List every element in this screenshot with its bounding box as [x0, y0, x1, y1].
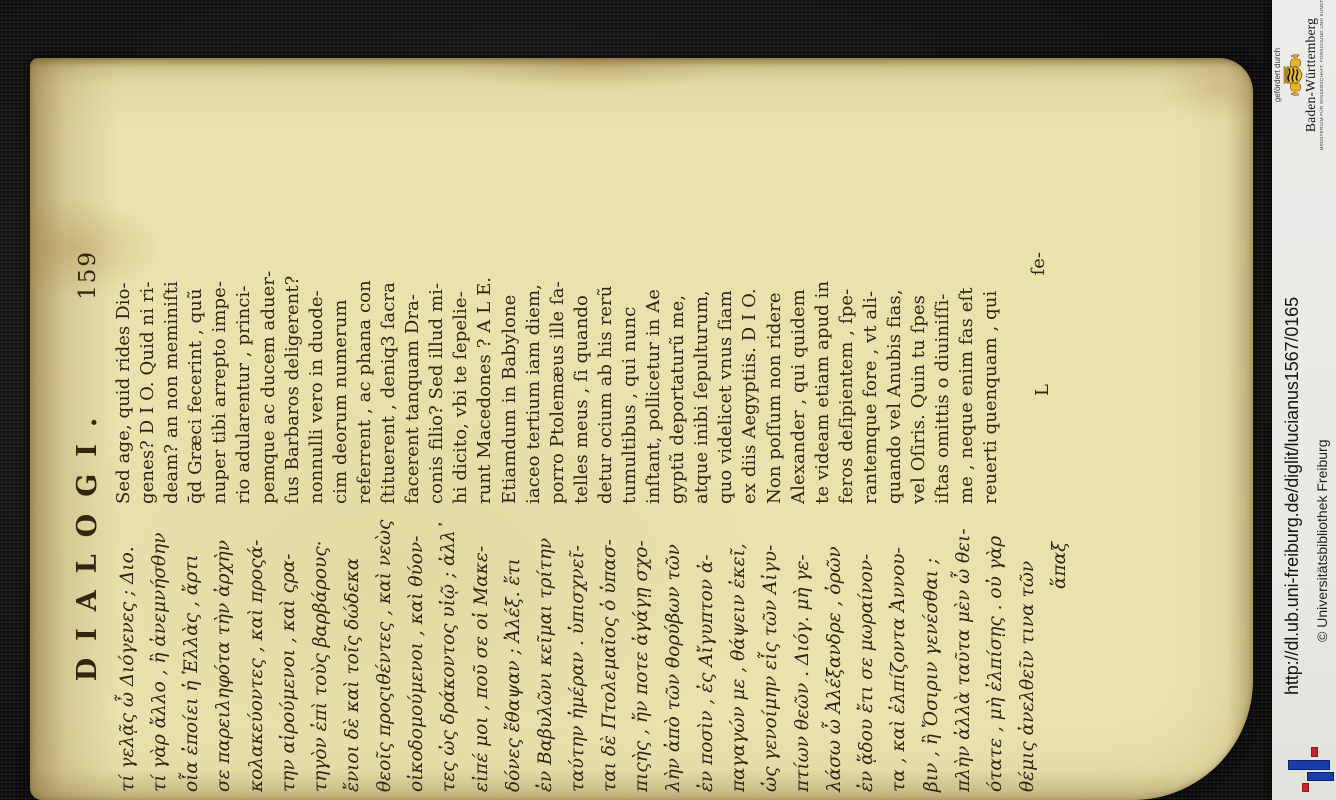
gathering-signature: L	[1032, 384, 1053, 396]
greek-text-line: ἐν Βαβυλῶνι κεῖμαι τρίτην	[530, 514, 562, 792]
latin-text-line: telles meus , ſi quando	[570, 250, 594, 504]
latin-text-line: pemque ac ducem aduer-	[257, 250, 281, 504]
greek-text-line: ταύτην ἡμέραν . ὑπισχνεῖ-	[562, 514, 594, 792]
latin-text-line: porro Ptolemæus ille ſa-	[546, 250, 570, 504]
greek-text-line: οἷα ἐποίει ἡ Ἑλλὰς , ἄρτι	[176, 514, 208, 792]
latin-text-line: detur ocium ab his rerũ	[594, 250, 618, 504]
latin-text-line: rantemque fore , vt ali-	[859, 250, 883, 504]
greek-text-line: ότατε , μὴ ἐλπίσῃς . οὐ γὰρ	[980, 514, 1012, 792]
latin-text-line: facerent tanquam Dra-	[401, 250, 425, 504]
page-text-block: DIALOGI. 159 τί γελᾷς ὦ Διόγενες ; Διο.τ…	[72, 250, 1087, 792]
latin-text-line: gyptũ deportaturũ me,	[666, 250, 690, 504]
greek-text-line: τες ὡς δράκοντος υἱῷ ; ἀλλ᾽	[433, 514, 465, 792]
latin-text-line: ex diis Aegyptiis. D I O.	[738, 250, 762, 504]
rotated-page-content: DIALOGI. 159 τί γελᾷς ὦ Διόγενες ; Διο.τ…	[30, 58, 1253, 800]
greek-text-line: λὴν ἀπὸ τῶν θορύβων τῶν	[658, 514, 690, 792]
latin-text-line: hi dicito, vbi te ſepelie-	[449, 250, 473, 504]
page-title: DIALOGI.	[72, 290, 103, 792]
page-number: 159	[75, 250, 101, 300]
greek-text-line: ἔνιοι δὲ καὶ τοῖς δώδεκα	[337, 514, 369, 792]
page-header: DIALOGI. 159	[72, 250, 108, 792]
latin-text-line: Alexander , qui quidem	[787, 250, 811, 504]
latin-text-line: quando vel Anubis fias,	[883, 250, 907, 504]
latin-text-line: genes? D I O. Quid ni ri-	[136, 250, 160, 504]
greek-text-line: πιςὴς , ἤν ποτε ἀγάγῃ σχο-	[626, 514, 658, 792]
greek-text-line: πλὴν ἀλλὰ ταῦτα μὲν ὦ θει-	[948, 514, 980, 792]
source-url: http://dl.ub.uni-freiburg.de/diglit/luci…	[1282, 235, 1303, 695]
latin-text-line: cim deorum numerum	[329, 250, 353, 504]
greek-text-line: πτίων θεῶν . Διόγ. μὴ γε-	[787, 514, 819, 792]
greek-text-line: ὡς γενοίμην εἷς τῶν Αἰγυ-	[755, 514, 787, 792]
scan-background: DIALOGI. 159 τί γελᾷς ὦ Διόγενες ; Διο.τ…	[0, 0, 1336, 800]
latin-text-line: vel Oſiris. Quin tu ſpes	[907, 250, 931, 504]
greek-text-line: οἰκοδομούμενοι , καὶ θύον-	[401, 514, 433, 792]
greek-text-line: θεοῖς προςιθέντες , καὶ νεὼς	[369, 514, 401, 792]
greek-text-line: ται δὲ Πτολεμαῖος ὁ ὑπασ-	[594, 514, 626, 792]
latin-text-line: inſtant, pollicetur in Ae	[642, 250, 666, 504]
latin-text-line: iaceo tertium iam diem,	[522, 250, 546, 504]
book-page: DIALOGI. 159 τί γελᾷς ὦ Διόγενες ; Διο.τ…	[30, 58, 1253, 800]
logo-blue-bar-long	[1288, 760, 1330, 770]
greek-column: τί γελᾷς ὦ Διόγενες ; Διο.τί γὰρ ἄλλο , …	[112, 514, 1076, 792]
latin-text-line: rio adularentur , princi-	[232, 250, 256, 504]
greek-text-line: τηγὸν ἐπὶ τοὺς βαρβάρους·	[305, 514, 337, 792]
latin-text-line: me , neque enim fas eſt	[955, 250, 979, 504]
ub-freiburg-logo-icon	[1288, 742, 1334, 792]
scan-margin-strip: http://dl.ub.uni-freiburg.de/diglit/luci…	[1272, 0, 1336, 800]
funding-label: gefördert durch	[1273, 48, 1282, 102]
logo-red-block-top	[1311, 747, 1318, 757]
latin-text-line: deam? an non meminiſti	[160, 250, 184, 504]
latin-text-line: Non poſſum non ridere	[763, 250, 787, 504]
greek-text-line: ἐν ᾅδου ἔτι σε μωραίνον-	[851, 514, 883, 792]
greek-text-line: παγαγών με , θάψειν ἐκεῖ,	[723, 514, 755, 792]
latin-text-line: ſus Barbaros deligerent?	[281, 250, 305, 504]
logo-blue-bar-short	[1307, 772, 1334, 781]
greek-text-line: τα , καὶ ἐλπίζοντα Ἀννου-	[883, 514, 915, 792]
copyright-notice: © Universitätsbibliothek Freiburg	[1314, 342, 1330, 642]
latin-text-line: reuerti quenquam , qui	[979, 250, 1003, 504]
latin-text-line: Sed age, quid rides Dio-	[112, 250, 136, 504]
signature-row: L ſe-	[1032, 250, 1058, 504]
latin-text-line: conis filio? Sed illud mi-	[425, 250, 449, 504]
latin-text-line: q̄d Græci fecerint , quũ	[184, 250, 208, 504]
greek-text-line: δόνες ἔθαψαν ; Ἀλέξ. ἔτι	[498, 514, 530, 792]
latin-text-line: Etiamdum in Babylone	[498, 250, 522, 504]
greek-text-line: εἰπέ μοι , ποῦ σε οἱ Μακε-	[466, 514, 498, 792]
greek-text-line: θέμις ἀνελθεῖν τινα τῶν	[1012, 514, 1044, 792]
greek-text-line: σε παρειληφότα τὴν ἀρχὴν	[208, 514, 240, 792]
latin-text-line: nonnulli vero in duode-	[305, 250, 329, 504]
funding-region-name: Baden-Württemberg	[1303, 18, 1319, 132]
funding-logo-block: gefördert durch Baden-Württemberg MINIST…	[1273, 2, 1335, 148]
latin-text-line: quo videlicet vnus ſiam	[714, 250, 738, 504]
greek-text-line: κολακεύοντες , καὶ προςά-	[241, 514, 273, 792]
latin-text-line: tumultibus , qui nunc	[618, 250, 642, 504]
latin-text-line: runt Macedones ? A L E.	[473, 250, 497, 504]
latin-text-line: feros deſipientem , ſpe-	[835, 250, 859, 504]
greek-text-line: ἅπαξ	[1044, 514, 1076, 792]
latin-text-line: referrent , ac phana con	[353, 250, 377, 504]
greek-text-line: την αἱρούμενοι , καὶ ςρα-	[273, 514, 305, 792]
greek-text-line: τί γελᾷς ὦ Διόγενες ; Διο.	[112, 514, 144, 792]
latin-text-line: nuper tibi arrepto impe-	[208, 250, 232, 504]
greek-text-line: τί γὰρ ἄλλο , ἢ ἀνεμνήσθην	[144, 514, 176, 792]
latin-column: Sed age, quid rides Dio-genes? D I O. Qu…	[112, 250, 1076, 504]
logo-red-block-bottom	[1302, 783, 1309, 792]
catchword: ſe-	[1028, 252, 1049, 275]
latin-text-line: ſtituerent , deniq3 ſacra	[377, 250, 401, 504]
greek-text-line: ἐν ποσὶν , ἐς Αἴγυπτον ἀ-	[691, 514, 723, 792]
text-columns: τί γελᾷς ὦ Διόγενες ; Διο.τί γὰρ ἄλλο , …	[112, 250, 1076, 792]
baden-wuerttemberg-coat-of-arms-icon	[1283, 52, 1303, 98]
latin-text-line: te videam etiam apud in	[811, 250, 835, 504]
latin-text-line: atque inibi ſepulturum,	[690, 250, 714, 504]
greek-text-line: λάσω ὦ Ἀλέξανδρε , ὁρῶν	[819, 514, 851, 792]
latin-text-line: iſtas omittis o diuiniſſi-	[931, 250, 955, 504]
rotated-strip-content: http://dl.ub.uni-freiburg.de/diglit/luci…	[1272, 0, 1336, 800]
greek-text-line: βιν , ἢ Ὄσιριν γενέσθαι ;	[916, 514, 948, 792]
funding-ministry-line: MINISTERIUM FÜR WISSENSCHAFT, FORSCHUNG …	[1319, 0, 1325, 150]
